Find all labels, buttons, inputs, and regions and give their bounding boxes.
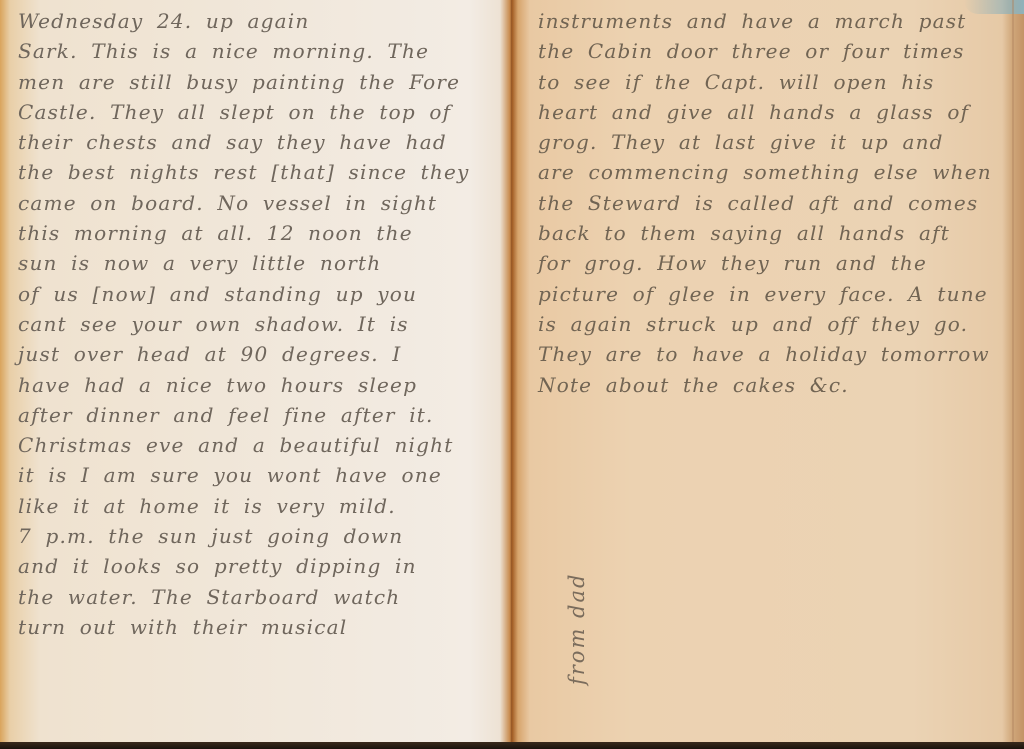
left-line-6: the best nights rest [that] since they [18, 157, 504, 187]
left-line-16: it is I am sure you wont have one [18, 460, 504, 490]
left-line-19: and it looks so pretty dipping in [18, 551, 504, 581]
right-line-2: the Cabin door three or four times [538, 36, 1004, 66]
right-line-9: for grog. How they run and the [538, 248, 1004, 278]
open-diary: Wednesday 24. up again Sark. This is a n… [0, 0, 1024, 749]
right-line-13: Note about the cakes &c. [538, 370, 1004, 400]
right-line-4: heart and give all hands a glass of [538, 97, 1004, 127]
margin-note: from dad [565, 573, 589, 685]
left-page: Wednesday 24. up again Sark. This is a n… [0, 0, 512, 742]
right-line-5: grog. They at last give it up and [538, 127, 1004, 157]
left-line-7: came on board. No vessel in sight [18, 188, 504, 218]
right-line-3: to see if the Capt. will open his [538, 67, 1004, 97]
book-bottom-edge [0, 742, 1024, 749]
right-line-8: back to them saying all hands aft [538, 218, 1004, 248]
left-line-11: cant see your own shadow. It is [18, 309, 504, 339]
left-line-18: 7 p.m. the sun just going down [18, 521, 504, 551]
right-line-6: are commencing something else when [538, 157, 1004, 187]
left-line-21: turn out with their musical [18, 612, 504, 642]
left-line-13: have had a nice two hours sleep [18, 370, 504, 400]
left-line-2: Sark. This is a nice morning. The [18, 36, 504, 66]
right-line-12: They are to have a holiday tomorrow [538, 339, 1004, 369]
left-line-8: this morning at all. 12 noon the [18, 218, 504, 248]
background-tint [964, 0, 1024, 14]
left-line-3: men are still busy painting the Fore [18, 67, 504, 97]
left-line-1: Wednesday 24. up again [18, 6, 504, 36]
left-line-17: like it at home it is very mild. [18, 491, 504, 521]
right-line-7: the Steward is called aft and comes [538, 188, 1004, 218]
right-line-10: picture of glee in every face. A tune [538, 279, 1004, 309]
left-line-5: their chests and say they have had [18, 127, 504, 157]
left-line-9: sun is now a very little north [18, 248, 504, 278]
left-line-15: Christmas eve and a beautiful night [18, 430, 504, 460]
right-line-1: instruments and have a march past [538, 6, 1004, 36]
right-line-11: is again struck up and off they go. [538, 309, 1004, 339]
left-line-14: after dinner and feel fine after it. [18, 400, 504, 430]
left-line-10: of us [now] and standing up you [18, 279, 504, 309]
left-line-12: just over head at 90 degrees. I [18, 339, 504, 369]
left-line-20: the water. The Starboard watch [18, 582, 504, 612]
left-line-4: Castle. They all slept on the top of [18, 97, 504, 127]
